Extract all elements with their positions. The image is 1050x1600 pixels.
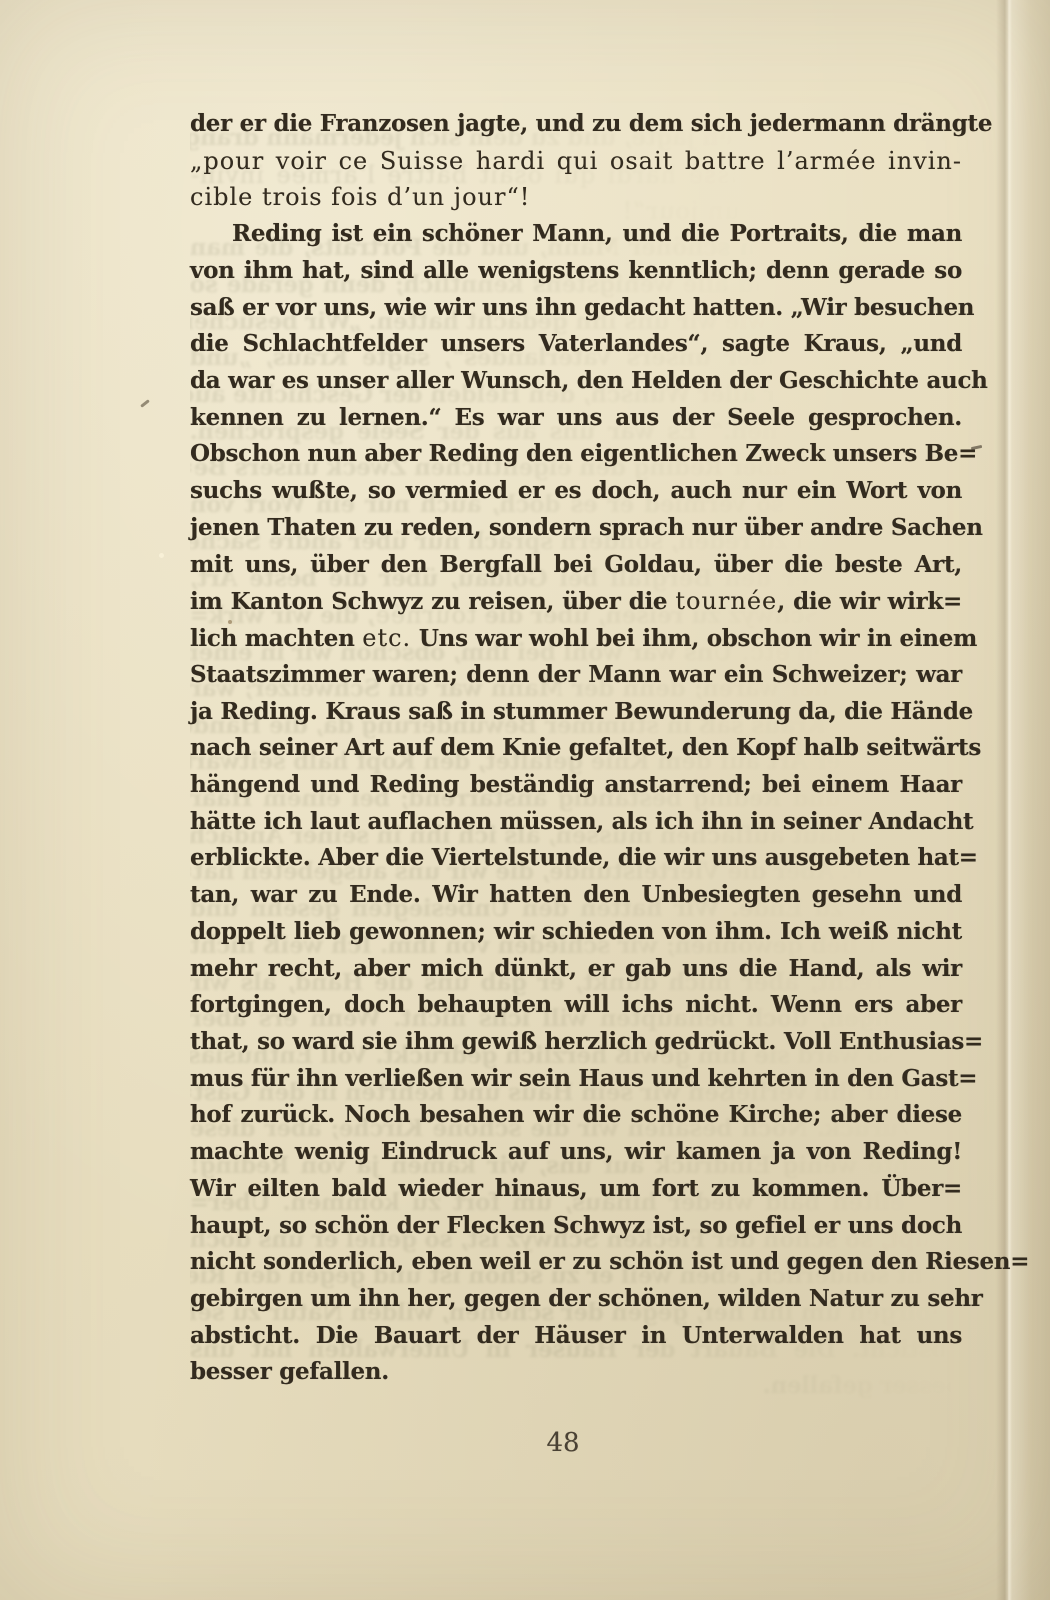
antiqua-text: tournée [675,587,777,615]
text-line: haupt, so schön der Flecken Schwyz ist, … [190,1208,962,1245]
text-line: kennen zu lernen.“ Es war uns aus der Se… [190,400,962,437]
antiqua-text: etc. [362,624,411,652]
fraktur-text: hätte ich laut auflachen müssen, als ich… [190,808,973,835]
paper-fleck [159,553,164,558]
ink-speck [140,399,150,408]
text-line: besser gefallen. [190,1354,962,1391]
text-line: tan, war zu Ende. Wir hatten den Unbesie… [190,877,962,914]
fraktur-text: kennen zu lernen.“ Es war uns aus der Se… [190,404,962,431]
fraktur-text: mehr recht, aber mich dünkt, er gab uns … [190,955,962,982]
fraktur-text: erblickte. Aber die Viertelstunde, die w… [190,844,978,871]
fraktur-text: haupt, so schön der Flecken Schwyz ist, … [190,1212,962,1239]
text-line: erblickte. Aber die Viertelstunde, die w… [190,840,962,877]
antiqua-text: „pour voir ce Suisse hardi qui osait bat… [190,147,962,175]
fraktur-text: that, so ward sie ihm gewiß herzlich ged… [190,1028,983,1055]
fraktur-text: doppelt lieb gewonnen; wir schieden von … [190,918,962,945]
text-line: lich machten etc. Uns war wohl bei ihm, … [190,620,962,657]
text-block: der er die Franzosen jagte, und zu dem s… [190,106,962,1391]
text-line: Obschon nun aber Reding den eigentlichen… [190,436,962,473]
text-line: ja Reding. Kraus saß in stummer Bewunder… [190,694,962,731]
fraktur-text: Wir eilten bald wieder hinaus, um fort z… [190,1175,962,1202]
fraktur-text: Obschon nun aber Reding den eigentlichen… [190,440,977,467]
text-line: fortgingen, doch behaupten will ichs nic… [190,987,962,1024]
fraktur-text: da war es unser aller Wunsch, den Helden… [190,367,988,394]
fraktur-text: , die wir wirk= [777,588,962,615]
fraktur-text: Uns war wohl bei ihm, obschon wir in ein… [411,625,977,652]
text-line: mus für ihn verließen wir sein Haus und … [190,1061,962,1098]
text-line: von ihm hat, sind alle wenigstens kenntl… [190,253,962,290]
fraktur-text: hof zurück. Noch besahen wir die schöne … [190,1101,962,1128]
text-line: im Kanton Schwyz zu reisen, über die tou… [190,583,962,620]
fraktur-text: mus für ihn verließen wir sein Haus und … [190,1065,977,1092]
fraktur-text: suchs wußte, so vermied er es doch, auch… [190,477,962,504]
text-line: doppelt lieb gewonnen; wir schieden von … [190,914,962,951]
text-line: hof zurück. Noch besahen wir die schöne … [190,1097,962,1134]
text-line: gebirgen um ihn her, gegen der schönen, … [190,1281,962,1318]
text-line: mit uns, über den Bergfall bei Goldau, ü… [190,547,962,584]
text-line: jenen Thaten zu reden, sondern sprach nu… [190,510,962,547]
fraktur-text: saß er vor uns, wie wir uns ihn gedacht … [190,294,974,321]
fraktur-text: ja Reding. Kraus saß in stummer Bewunder… [190,698,973,725]
text-line: „pour voir ce Suisse hardi qui osait bat… [190,143,962,180]
text-line: Reding ist ein schöner Mann, und die Por… [190,216,962,253]
fraktur-text: mit uns, über den Bergfall bei Goldau, ü… [190,551,962,578]
fraktur-text: Reding ist ein schöner Mann, und die Por… [232,220,962,247]
text-line: der er die Franzosen jagte, und zu dem s… [190,106,962,143]
fraktur-text: absticht. Die Bauart der Häuser in Unter… [190,1322,962,1349]
text-line: suchs wußte, so vermied er es doch, auch… [190,473,962,510]
page-number: 48 [190,1428,936,1458]
text-line: machte wenig Eindruck auf uns, wir kamen… [190,1134,962,1171]
text-line: saß er vor uns, wie wir uns ihn gedacht … [190,290,962,327]
fraktur-text: jenen Thaten zu reden, sondern sprach nu… [190,514,983,541]
fraktur-text: nach seiner Art auf dem Knie gefaltet, d… [190,734,981,761]
fraktur-text: besser gefallen. [190,1358,389,1385]
antiqua-text: cible trois fois d’un jour“! [190,183,530,211]
text-line: mehr recht, aber mich dünkt, er gab uns … [190,951,962,988]
fraktur-text: gebirgen um ihn her, gegen der schönen, … [190,1285,983,1312]
text-line: Wir eilten bald wieder hinaus, um fort z… [190,1171,962,1208]
fraktur-text: von ihm hat, sind alle wenigstens kenntl… [190,257,962,284]
fraktur-text: Staatszimmer waren; denn der Mann war ei… [190,661,962,688]
text-line: hängend und Reding beständig anstarrend;… [190,767,962,804]
fraktur-text: hängend und Reding beständig anstarrend;… [190,771,962,798]
fraktur-text: der er die Franzosen jagte, und zu dem s… [190,110,992,137]
fraktur-text: tan, war zu Ende. Wir hatten den Unbesie… [190,881,962,908]
fraktur-text: die Schlachtfelder unsers Vaterlandes“, … [190,330,962,357]
fraktur-text: im Kanton Schwyz zu reisen, über die [190,588,675,615]
fraktur-text: machte wenig Eindruck auf uns, wir kamen… [190,1138,962,1165]
page-fold-crease [996,0,1012,1600]
fraktur-text: fortgingen, doch behaupten will ichs nic… [190,991,962,1018]
text-line: hätte ich laut auflachen müssen, als ich… [190,804,962,841]
text-line: da war es unser aller Wunsch, den Helden… [190,363,962,400]
fraktur-text: lich machten [190,625,362,652]
text-line: cible trois fois d’un jour“! [190,179,962,216]
text-line: nicht sonderlich, eben weil er zu schön … [190,1244,962,1281]
text-line: absticht. Die Bauart der Häuser in Unter… [190,1318,962,1355]
book-page: der er die Franzosen jagte, und zu dem s… [0,0,1050,1600]
fraktur-text: nicht sonderlich, eben weil er zu schön … [190,1248,1029,1275]
text-line: nach seiner Art auf dem Knie gefaltet, d… [190,730,962,767]
page-edge-shadow [1008,0,1050,1600]
text-line: die Schlachtfelder unsers Vaterlandes“, … [190,326,962,363]
text-line: that, so ward sie ihm gewiß herzlich ged… [190,1024,962,1061]
text-line: Staatszimmer waren; denn der Mann war ei… [190,657,962,694]
